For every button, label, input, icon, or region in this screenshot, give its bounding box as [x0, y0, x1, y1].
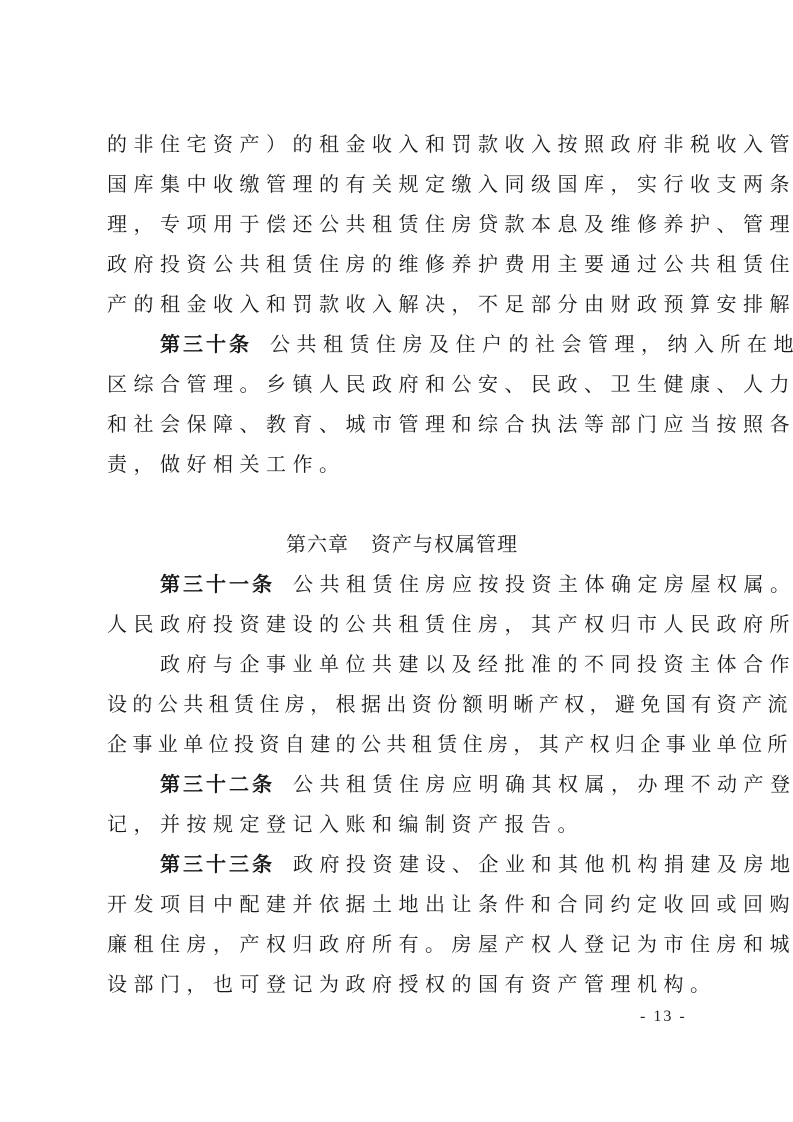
text-line: 国库集中收缴管理的有关规定缴入同级国库，实行收支两条线管 [107, 164, 697, 204]
text-line: 责，做好相关工作。 [107, 444, 697, 484]
text-line: 设部门，也可登记为政府授权的国有资产管理机构。 [107, 964, 697, 1004]
text-line: 人民政府投资建设的公共租赁住房，其产权归市人民政府所有。 [107, 604, 697, 644]
chapter-title: 资产与权属管理 [371, 532, 518, 556]
text-line: 理，专项用于偿还公共租赁住房贷款本息及维修养护、管理等。 [107, 204, 697, 244]
page-number: - 13 - [640, 1008, 687, 1026]
text-line: 政府投资公共租赁住房的维修养护费用主要通过公共租赁住房资 [107, 244, 697, 284]
text-line: 设的公共租赁住房，根据出资份额明晰产权，避免国有资产流失。 [107, 684, 697, 724]
paragraph-joint-construction: 政府与企事业单位共建以及经批准的不同投资主体合作建 设的公共租赁住房，根据出资份… [107, 644, 697, 764]
article-33: 第三十三条政府投资建设、企业和其他机构捐建及房地产 开发项目中配建并依据土地出让… [107, 844, 697, 1004]
text-line: 公共租赁住房应明确其权属，办理不动产登 [293, 772, 793, 796]
text-line: 的非住宅资产）的租金收入和罚款收入按照政府非税收入管理和 [107, 124, 697, 164]
text-line: 公共租赁住房应按投资主体确定房屋权属。市 [293, 572, 793, 596]
chapter-number: 第六章 [286, 532, 349, 556]
article-number: 第三十二条 [160, 772, 275, 796]
chapter-heading: 第六章资产与权属管理 [107, 524, 697, 564]
article-30: 第三十条公共租赁住房及住户的社会管理，纳入所在地社 区综合管理。乡镇人民政府和公… [107, 324, 697, 484]
article-number: 第三十条 [160, 332, 252, 356]
text-line: 区综合管理。乡镇人民政府和公安、民政、卫生健康、人力资源 [107, 364, 697, 404]
text-line: 产的租金收入和罚款收入解决，不足部分由财政预算安排解决。 [107, 284, 697, 324]
paragraph-rent-income: 的非住宅资产）的租金收入和罚款收入按照政府非税收入管理和 国库集中收缴管理的有关… [107, 124, 697, 324]
text-line: 政府投资建设、企业和其他机构捐建及房地产 [293, 852, 793, 876]
text-line: 记，并按规定登记入账和编制资产报告。 [107, 804, 697, 844]
text-line: 政府与企事业单位共建以及经批准的不同投资主体合作建 [107, 644, 697, 684]
text-line: 廉租住房，产权归政府所有。房屋产权人登记为市住房和城乡建 [107, 924, 697, 964]
article-number: 第三十三条 [160, 852, 275, 876]
article-31: 第三十一条公共租赁住房应按投资主体确定房屋权属。市 人民政府投资建设的公共租赁住… [107, 564, 697, 644]
document-page: 的非住宅资产）的租金收入和罚款收入按照政府非税收入管理和 国库集中收缴管理的有关… [107, 124, 697, 1004]
article-32: 第三十二条公共租赁住房应明确其权属，办理不动产登 记，并按规定登记入账和编制资产… [107, 764, 697, 844]
text-line: 和社会保障、教育、城市管理和综合执法等部门应当按照各自职 [107, 404, 697, 444]
article-number: 第三十一条 [160, 572, 275, 596]
text-line: 企事业单位投资自建的公共租赁住房，其产权归企事业单位所有。 [107, 724, 697, 764]
text-line: 开发项目中配建并依据土地出让条件和合同约定收回或回购的原 [107, 884, 697, 924]
text-line: 公共租赁住房及住户的社会管理，纳入所在地社 [270, 332, 793, 356]
